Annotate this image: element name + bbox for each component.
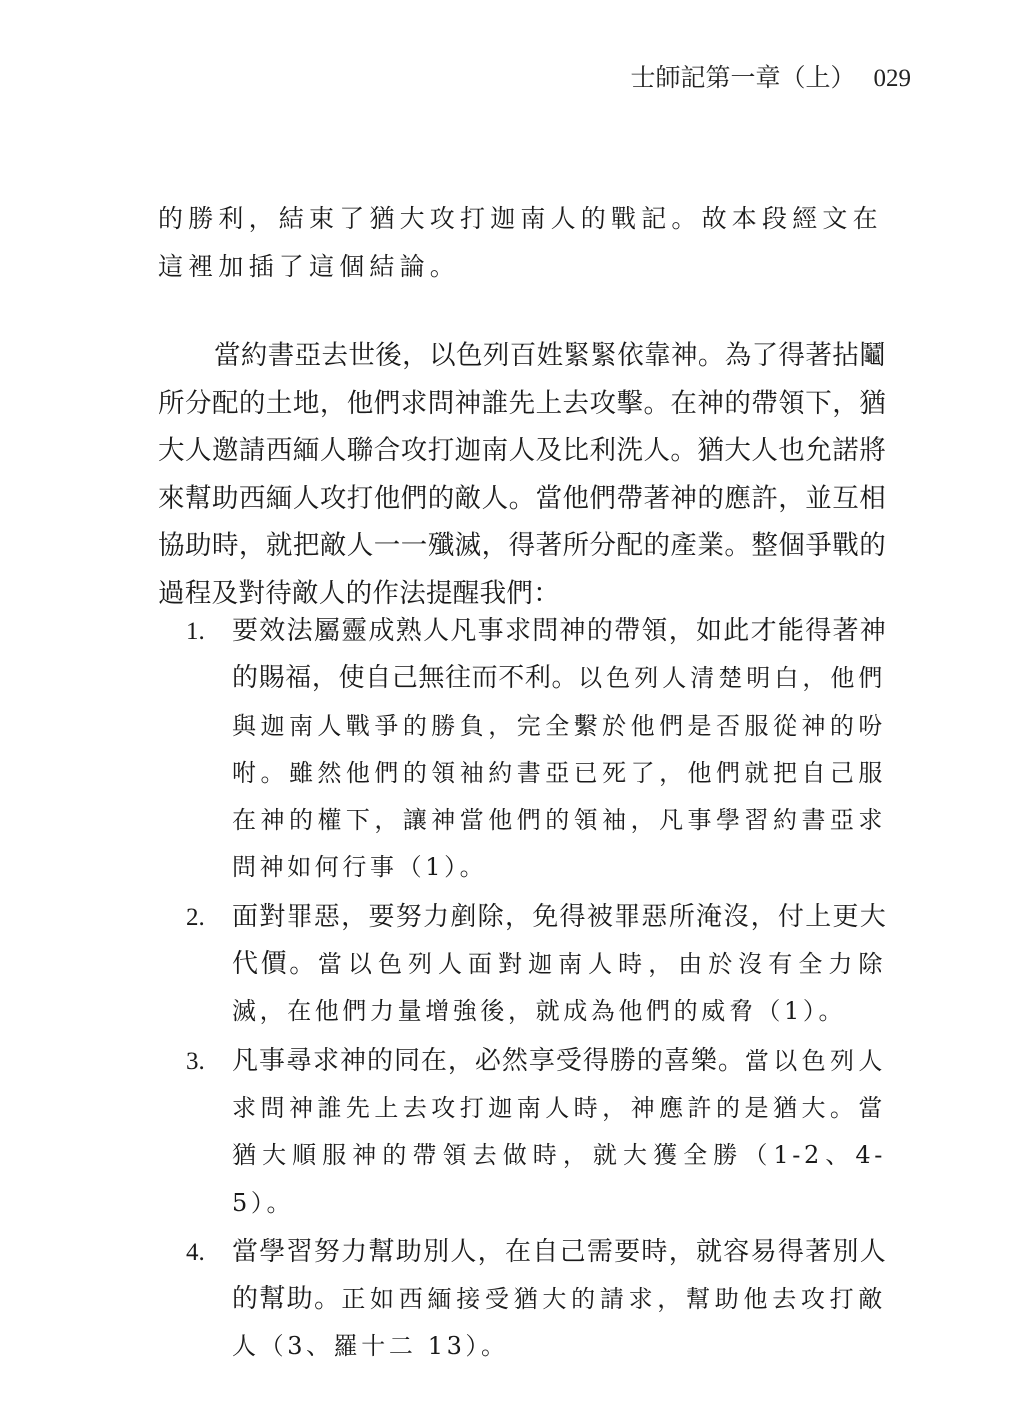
list-item: 4. 當學習努力幫助別人，在自己需要時，就容易得著別人的幫助。正如西緬接受猶大的… xyxy=(158,1230,886,1372)
list-item-body: 以色列人清楚明白，他們與迦南人戰爭的勝負，完全繫於他們是否服從神的吩咐。雖然他們… xyxy=(232,664,886,881)
list-number: 1. xyxy=(186,609,205,654)
list-item-text: 要效法屬靈成熟人凡事求問神的帶領，如此才能得著神的賜福，使自己無往而不利。以色列… xyxy=(232,609,886,893)
list-item-body: 當以色列人面對迦南人時，由於沒有全力除滅，在他們力量增強後，就成為他們的威脅（1… xyxy=(232,950,886,1025)
list-number: 2. xyxy=(186,895,205,940)
chapter-title: 士師記第一章（上） xyxy=(630,65,855,92)
list-item-text: 凡事尋求神的同在，必然享受得勝的喜樂。當以色列人求問神誰先上去攻打迦南人時，神應… xyxy=(232,1039,886,1228)
list-item: 3. 凡事尋求神的同在，必然享受得勝的喜樂。當以色列人求問神誰先上去攻打迦南人時… xyxy=(158,1039,886,1228)
list-number: 3. xyxy=(186,1039,205,1084)
page-number: 029 xyxy=(874,65,912,92)
running-header: 士師記第一章（上）029 xyxy=(630,58,911,94)
list-number: 4. xyxy=(186,1230,205,1275)
intro-paragraph: 的勝利，結束了猶大攻打迦南人的戰記。故本段經文在這裡加插了這個結論。 xyxy=(158,195,886,291)
list-item-text: 面對罪惡，要努力剷除，免得被罪惡所淹沒，付上更大代價。當以色列人面對迦南人時，由… xyxy=(232,895,886,1037)
list-item-lead: 凡事尋求神的同在，必然享受得勝的喜樂。 xyxy=(232,1046,745,1076)
lesson-list: 1. 要效法屬靈成熟人凡事求問神的帶領，如此才能得著神的賜福，使自己無往而不利。… xyxy=(158,609,886,1372)
list-item-text: 當學習努力幫助別人，在自己需要時，就容易得著別人的幫助。正如西緬接受猶大的請求，… xyxy=(232,1230,886,1372)
list-item: 2. 面對罪惡，要努力剷除，免得被罪惡所淹沒，付上更大代價。當以色列人面對迦南人… xyxy=(158,895,886,1037)
list-item: 1. 要效法屬靈成熟人凡事求問神的帶領，如此才能得著神的賜福，使自己無往而不利。… xyxy=(158,609,886,893)
main-paragraph: 當約書亞去世後，以色列百姓緊緊依靠神。為了得著拈鬮所分配的土地，他們求問神誰先上… xyxy=(158,332,886,617)
